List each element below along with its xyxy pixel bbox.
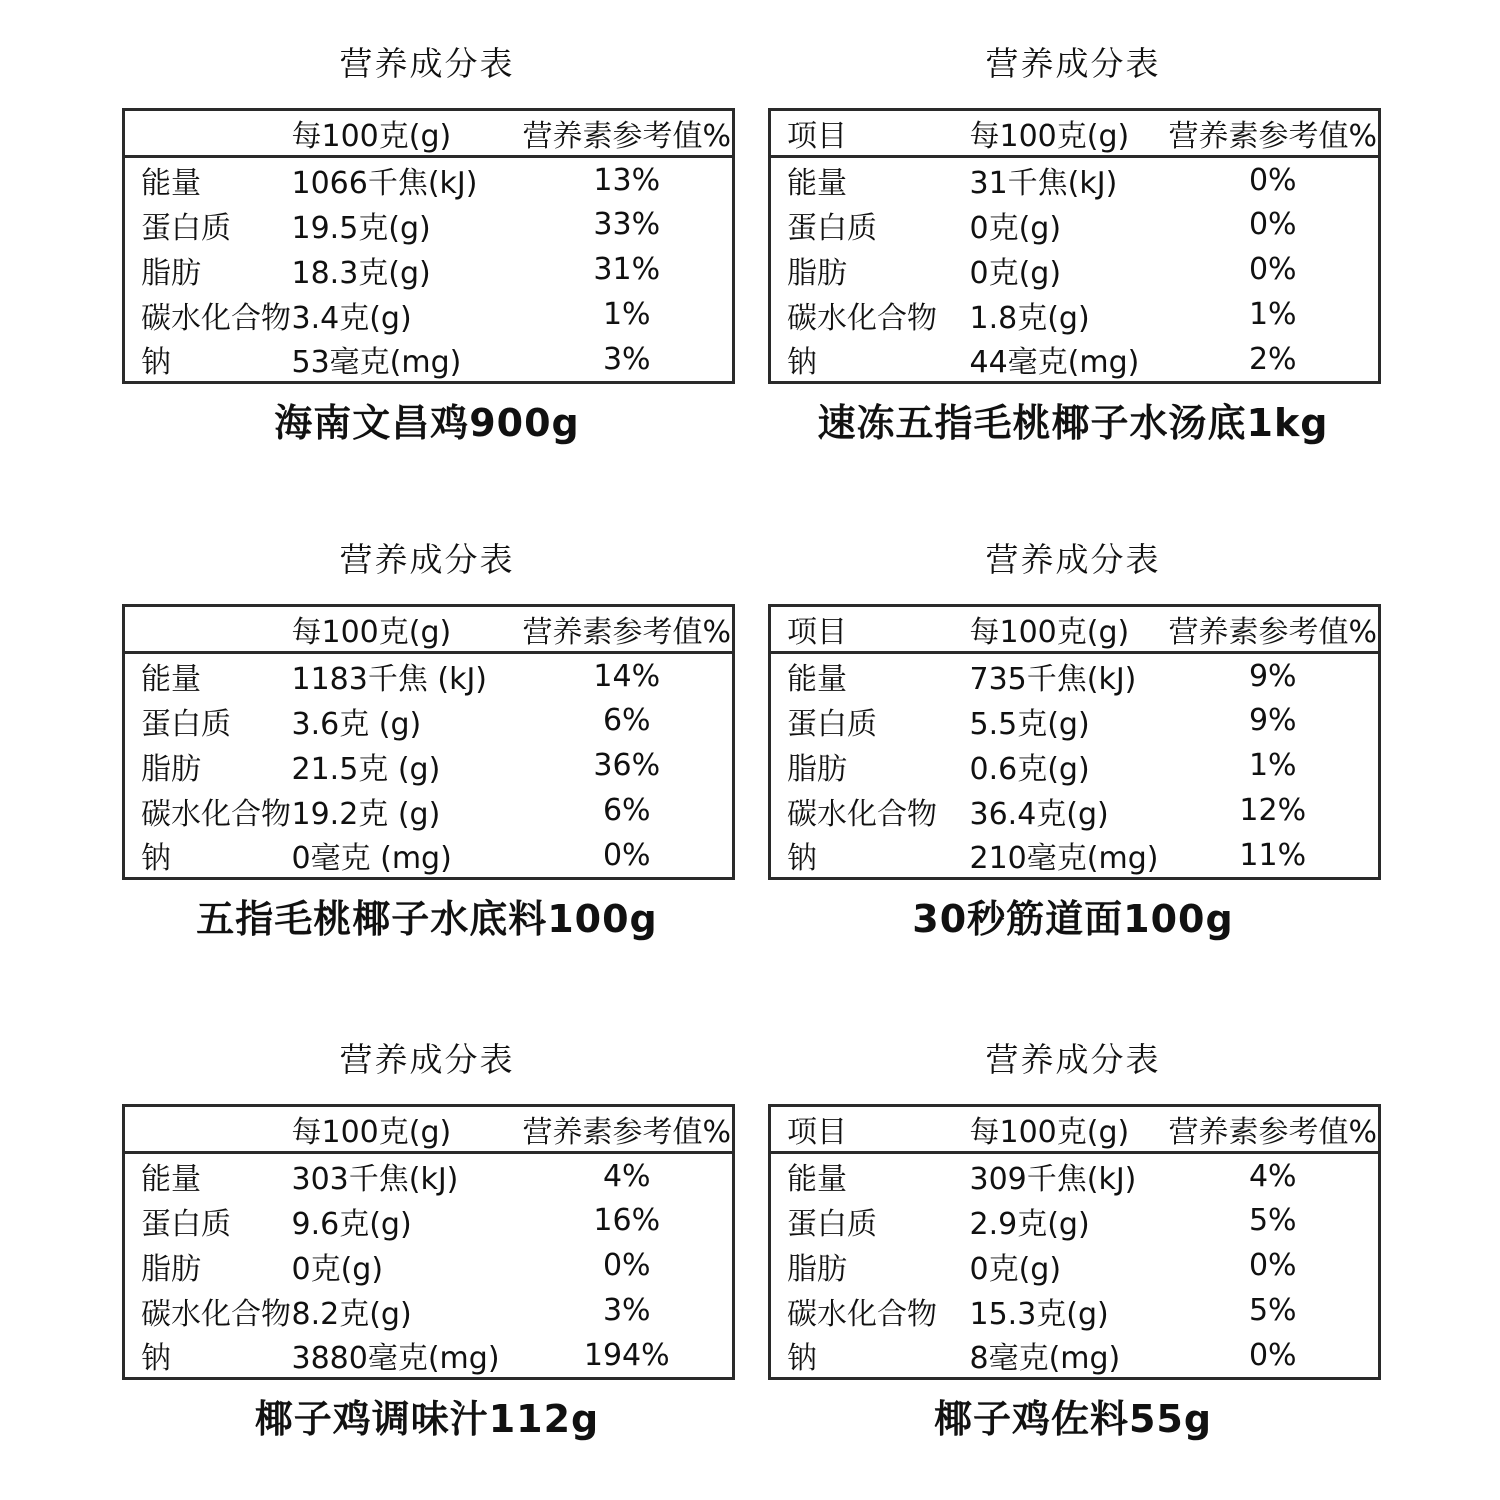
label-row-3: 营养成分表 每100克(g) 营养素参考值% 能量303千焦(kJ)4%蛋白质9… xyxy=(0,1040,1500,1444)
nutrient-label: 蛋白质 xyxy=(124,698,292,743)
nutrient-label: 蛋白质 xyxy=(770,202,970,247)
header-per-100g: 每100克(g) xyxy=(292,110,522,157)
nutrient-amount: 19.2克 (g) xyxy=(292,788,522,833)
nutrient-row: 钠210毫克(mg)11% xyxy=(770,833,1380,879)
header-per-100g: 每100克(g) xyxy=(292,606,522,653)
table-title: 营养成分表 xyxy=(122,1040,732,1080)
nutrient-amount: 3.4克(g) xyxy=(292,292,522,337)
nutrient-row: 能量1066千焦(kJ)13% xyxy=(124,157,734,203)
table-body: 能量309千焦(kJ)4%蛋白质2.9克(g)5%脂肪0克(g)0%碳水化合物1… xyxy=(770,1153,1380,1379)
nutrient-row: 碳水化合物1.8克(g)1% xyxy=(770,292,1380,337)
nutrient-amount: 5.5克(g) xyxy=(970,698,1168,743)
nutrient-amount: 31千焦(kJ) xyxy=(970,157,1168,203)
table-title: 营养成分表 xyxy=(122,44,732,84)
nutrient-row: 脂肪0克(g)0% xyxy=(124,1243,734,1288)
product-name: 30秒筋道面100g xyxy=(768,894,1378,944)
nutrition-panel-5: 营养成分表 每100克(g) 营养素参考值% 能量303千焦(kJ)4%蛋白质9… xyxy=(122,1040,732,1444)
header-nrv-percent: 营养素参考值% xyxy=(1168,606,1380,653)
nutrient-nrv-percent: 16% xyxy=(522,1198,734,1243)
nutrient-nrv-percent: 0% xyxy=(1168,1243,1380,1288)
table-title: 营养成分表 xyxy=(768,44,1378,84)
product-name: 海南文昌鸡900g xyxy=(122,398,732,448)
nutrient-row: 蛋白质9.6克(g)16% xyxy=(124,1198,734,1243)
nutrition-table: 项目 每100克(g) 营养素参考值% 能量31千焦(kJ)0%蛋白质0克(g)… xyxy=(768,108,1381,384)
nutrient-label: 能量 xyxy=(124,157,292,203)
nutrition-panel-6: 营养成分表 项目 每100克(g) 营养素参考值% 能量309千焦(kJ)4%蛋… xyxy=(768,1040,1378,1444)
nutrition-table: 每100克(g) 营养素参考值% 能量1183千焦 (kJ)14%蛋白质3.6克… xyxy=(122,604,735,880)
nutrient-row: 碳水化合物19.2克 (g)6% xyxy=(124,788,734,833)
nutrient-nrv-percent: 33% xyxy=(522,202,734,247)
header-row: 项目 每100克(g) 营养素参考值% xyxy=(770,110,1380,157)
nutrient-row: 钠0毫克 (mg)0% xyxy=(124,833,734,879)
nutrient-label: 脂肪 xyxy=(124,1243,292,1288)
nutrient-nrv-percent: 5% xyxy=(1168,1198,1380,1243)
product-name: 五指毛桃椰子水底料100g xyxy=(122,894,732,944)
nutrient-nrv-percent: 12% xyxy=(1168,788,1380,833)
nutrient-nrv-percent: 0% xyxy=(522,1243,734,1288)
nutrient-row: 碳水化合物8.2克(g)3% xyxy=(124,1288,734,1333)
nutrient-amount: 15.3克(g) xyxy=(970,1288,1168,1333)
nutrient-label: 能量 xyxy=(770,157,970,203)
header-item xyxy=(124,1106,292,1153)
nutrient-label: 脂肪 xyxy=(770,247,970,292)
table-body: 能量31千焦(kJ)0%蛋白质0克(g)0%脂肪0克(g)0%碳水化合物1.8克… xyxy=(770,157,1380,383)
nutrient-amount: 8.2克(g) xyxy=(292,1288,522,1333)
nutrient-nrv-percent: 4% xyxy=(1168,1153,1380,1199)
header-item: 项目 xyxy=(770,1106,970,1153)
nutrient-nrv-percent: 9% xyxy=(1168,653,1380,699)
table-title: 营养成分表 xyxy=(768,540,1378,580)
nutrient-nrv-percent: 0% xyxy=(1168,157,1380,203)
header-nrv-percent: 营养素参考值% xyxy=(522,110,734,157)
nutrient-label: 钠 xyxy=(770,833,970,879)
nutrient-nrv-percent: 13% xyxy=(522,157,734,203)
nutrient-label: 钠 xyxy=(124,1333,292,1379)
nutrient-row: 脂肪0克(g)0% xyxy=(770,247,1380,292)
nutrient-nrv-percent: 1% xyxy=(1168,743,1380,788)
nutrition-table: 项目 每100克(g) 营养素参考值% 能量309千焦(kJ)4%蛋白质2.9克… xyxy=(768,1104,1381,1380)
nutrient-label: 蛋白质 xyxy=(124,1198,292,1243)
header-nrv-percent: 营养素参考值% xyxy=(522,1106,734,1153)
nutrient-label: 脂肪 xyxy=(124,247,292,292)
nutrient-amount: 3880毫克(mg) xyxy=(292,1333,522,1379)
header-item xyxy=(124,110,292,157)
nutrient-label: 钠 xyxy=(770,1333,970,1379)
nutrient-amount: 44毫克(mg) xyxy=(970,337,1168,383)
nutrient-nrv-percent: 2% xyxy=(1168,337,1380,383)
nutrient-amount: 8毫克(mg) xyxy=(970,1333,1168,1379)
nutrient-nrv-percent: 6% xyxy=(522,698,734,743)
nutrient-row: 蛋白质19.5克(g)33% xyxy=(124,202,734,247)
header-row: 项目 每100克(g) 营养素参考值% xyxy=(770,606,1380,653)
nutrient-row: 碳水化合物3.4克(g)1% xyxy=(124,292,734,337)
nutrient-nrv-percent: 36% xyxy=(522,743,734,788)
nutrition-panel-4: 营养成分表 项目 每100克(g) 营养素参考值% 能量735千焦(kJ)9%蛋… xyxy=(768,540,1378,944)
nutrient-row: 能量31千焦(kJ)0% xyxy=(770,157,1380,203)
header-per-100g: 每100克(g) xyxy=(970,1106,1168,1153)
nutrient-label: 碳水化合物 xyxy=(770,1288,970,1333)
nutrient-label: 碳水化合物 xyxy=(124,292,292,337)
label-row-1: 营养成分表 每100克(g) 营养素参考值% 能量1066千焦(kJ)13%蛋白… xyxy=(0,44,1500,448)
nutrient-nrv-percent: 9% xyxy=(1168,698,1380,743)
nutrient-row: 钠3880毫克(mg)194% xyxy=(124,1333,734,1379)
nutrient-label: 蛋白质 xyxy=(124,202,292,247)
nutrient-amount: 0克(g) xyxy=(970,247,1168,292)
nutrition-panel-1: 营养成分表 每100克(g) 营养素参考值% 能量1066千焦(kJ)13%蛋白… xyxy=(122,44,732,448)
nutrient-label: 碳水化合物 xyxy=(124,1288,292,1333)
product-name: 椰子鸡佐料55g xyxy=(768,1394,1378,1444)
nutrient-row: 蛋白质3.6克 (g)6% xyxy=(124,698,734,743)
header-per-100g: 每100克(g) xyxy=(970,606,1168,653)
header-row: 项目 每100克(g) 营养素参考值% xyxy=(770,1106,1380,1153)
nutrient-label: 碳水化合物 xyxy=(124,788,292,833)
nutrient-amount: 0克(g) xyxy=(970,202,1168,247)
nutrient-row: 蛋白质2.9克(g)5% xyxy=(770,1198,1380,1243)
nutrient-label: 能量 xyxy=(770,653,970,699)
nutrient-row: 脂肪0.6克(g)1% xyxy=(770,743,1380,788)
nutrient-row: 能量735千焦(kJ)9% xyxy=(770,653,1380,699)
label-row-2: 营养成分表 每100克(g) 营养素参考值% 能量1183千焦 (kJ)14%蛋… xyxy=(0,540,1500,944)
nutrient-row: 碳水化合物15.3克(g)5% xyxy=(770,1288,1380,1333)
nutrient-nrv-percent: 3% xyxy=(522,337,734,383)
nutrient-label: 能量 xyxy=(770,1153,970,1199)
nutrient-label: 能量 xyxy=(124,653,292,699)
header-row: 每100克(g) 营养素参考值% xyxy=(124,606,734,653)
nutrient-row: 脂肪21.5克 (g)36% xyxy=(124,743,734,788)
nutrient-row: 脂肪0克(g)0% xyxy=(770,1243,1380,1288)
nutrition-table: 每100克(g) 营养素参考值% 能量303千焦(kJ)4%蛋白质9.6克(g)… xyxy=(122,1104,735,1380)
nutrient-nrv-percent: 31% xyxy=(522,247,734,292)
nutrient-amount: 0.6克(g) xyxy=(970,743,1168,788)
header-row: 每100克(g) 营养素参考值% xyxy=(124,1106,734,1153)
nutrient-nrv-percent: 0% xyxy=(1168,202,1380,247)
nutrient-nrv-percent: 1% xyxy=(522,292,734,337)
nutrient-amount: 9.6克(g) xyxy=(292,1198,522,1243)
nutrient-row: 蛋白质5.5克(g)9% xyxy=(770,698,1380,743)
nutrient-nrv-percent: 4% xyxy=(522,1153,734,1199)
product-name: 椰子鸡调味汁112g xyxy=(122,1394,732,1444)
nutrient-label: 能量 xyxy=(124,1153,292,1199)
nutrient-amount: 0克(g) xyxy=(970,1243,1168,1288)
nutrient-row: 脂肪18.3克(g)31% xyxy=(124,247,734,292)
nutrient-label: 碳水化合物 xyxy=(770,788,970,833)
nutrient-nrv-percent: 0% xyxy=(1168,247,1380,292)
header-nrv-percent: 营养素参考值% xyxy=(522,606,734,653)
nutrient-amount: 1.8克(g) xyxy=(970,292,1168,337)
nutrient-nrv-percent: 11% xyxy=(1168,833,1380,879)
nutrient-nrv-percent: 3% xyxy=(522,1288,734,1333)
product-name: 速冻五指毛桃椰子水汤底1kg xyxy=(768,398,1378,448)
nutrient-amount: 53毫克(mg) xyxy=(292,337,522,383)
nutrient-nrv-percent: 6% xyxy=(522,788,734,833)
nutrient-amount: 210毫克(mg) xyxy=(970,833,1168,879)
nutrient-label: 蛋白质 xyxy=(770,1198,970,1243)
table-body: 能量1183千焦 (kJ)14%蛋白质3.6克 (g)6%脂肪21.5克 (g)… xyxy=(124,653,734,879)
nutrient-label: 钠 xyxy=(124,833,292,879)
header-nrv-percent: 营养素参考值% xyxy=(1168,110,1380,157)
nutrient-row: 碳水化合物36.4克(g)12% xyxy=(770,788,1380,833)
nutrient-amount: 1183千焦 (kJ) xyxy=(292,653,522,699)
nutrient-amount: 309千焦(kJ) xyxy=(970,1153,1168,1199)
table-title: 营养成分表 xyxy=(768,1040,1378,1080)
nutrient-label: 钠 xyxy=(124,337,292,383)
nutrient-label: 碳水化合物 xyxy=(770,292,970,337)
header-item xyxy=(124,606,292,653)
nutrient-amount: 2.9克(g) xyxy=(970,1198,1168,1243)
nutrient-nrv-percent: 1% xyxy=(1168,292,1380,337)
nutrient-amount: 1066千焦(kJ) xyxy=(292,157,522,203)
nutrient-row: 钠8毫克(mg)0% xyxy=(770,1333,1380,1379)
nutrient-label: 钠 xyxy=(770,337,970,383)
header-item: 项目 xyxy=(770,110,970,157)
nutrition-table: 每100克(g) 营养素参考值% 能量1066千焦(kJ)13%蛋白质19.5克… xyxy=(122,108,735,384)
table-body: 能量1066千焦(kJ)13%蛋白质19.5克(g)33%脂肪18.3克(g)3… xyxy=(124,157,734,383)
nutrition-panel-2: 营养成分表 项目 每100克(g) 营养素参考值% 能量31千焦(kJ)0%蛋白… xyxy=(768,44,1378,448)
nutrient-amount: 36.4克(g) xyxy=(970,788,1168,833)
nutrient-nrv-percent: 5% xyxy=(1168,1288,1380,1333)
header-row: 每100克(g) 营养素参考值% xyxy=(124,110,734,157)
nutrient-amount: 3.6克 (g) xyxy=(292,698,522,743)
nutrient-row: 能量309千焦(kJ)4% xyxy=(770,1153,1380,1199)
nutrient-amount: 19.5克(g) xyxy=(292,202,522,247)
nutrient-nrv-percent: 194% xyxy=(522,1333,734,1379)
nutrient-amount: 0克(g) xyxy=(292,1243,522,1288)
header-per-100g: 每100克(g) xyxy=(292,1106,522,1153)
nutrition-table: 项目 每100克(g) 营养素参考值% 能量735千焦(kJ)9%蛋白质5.5克… xyxy=(768,604,1381,880)
nutrient-nrv-percent: 14% xyxy=(522,653,734,699)
nutrient-row: 能量1183千焦 (kJ)14% xyxy=(124,653,734,699)
nutrient-amount: 0毫克 (mg) xyxy=(292,833,522,879)
nutrient-nrv-percent: 0% xyxy=(1168,1333,1380,1379)
nutrient-label: 脂肪 xyxy=(770,743,970,788)
header-item: 项目 xyxy=(770,606,970,653)
nutrient-label: 蛋白质 xyxy=(770,698,970,743)
nutrient-row: 钠44毫克(mg)2% xyxy=(770,337,1380,383)
header-nrv-percent: 营养素参考值% xyxy=(1168,1106,1380,1153)
nutrient-row: 蛋白质0克(g)0% xyxy=(770,202,1380,247)
nutrient-amount: 21.5克 (g) xyxy=(292,743,522,788)
nutrient-amount: 735千焦(kJ) xyxy=(970,653,1168,699)
table-body: 能量303千焦(kJ)4%蛋白质9.6克(g)16%脂肪0克(g)0%碳水化合物… xyxy=(124,1153,734,1379)
nutrient-row: 能量303千焦(kJ)4% xyxy=(124,1153,734,1199)
nutrient-amount: 303千焦(kJ) xyxy=(292,1153,522,1199)
nutrition-panel-3: 营养成分表 每100克(g) 营养素参考值% 能量1183千焦 (kJ)14%蛋… xyxy=(122,540,732,944)
nutrient-nrv-percent: 0% xyxy=(522,833,734,879)
nutrient-amount: 18.3克(g) xyxy=(292,247,522,292)
table-title: 营养成分表 xyxy=(122,540,732,580)
table-body: 能量735千焦(kJ)9%蛋白质5.5克(g)9%脂肪0.6克(g)1%碳水化合… xyxy=(770,653,1380,879)
header-per-100g: 每100克(g) xyxy=(970,110,1168,157)
nutrition-labels-sheet: 营养成分表 每100克(g) 营养素参考值% 能量1066千焦(kJ)13%蛋白… xyxy=(0,0,1500,1500)
nutrient-label: 脂肪 xyxy=(770,1243,970,1288)
nutrient-row: 钠53毫克(mg)3% xyxy=(124,337,734,383)
nutrient-label: 脂肪 xyxy=(124,743,292,788)
